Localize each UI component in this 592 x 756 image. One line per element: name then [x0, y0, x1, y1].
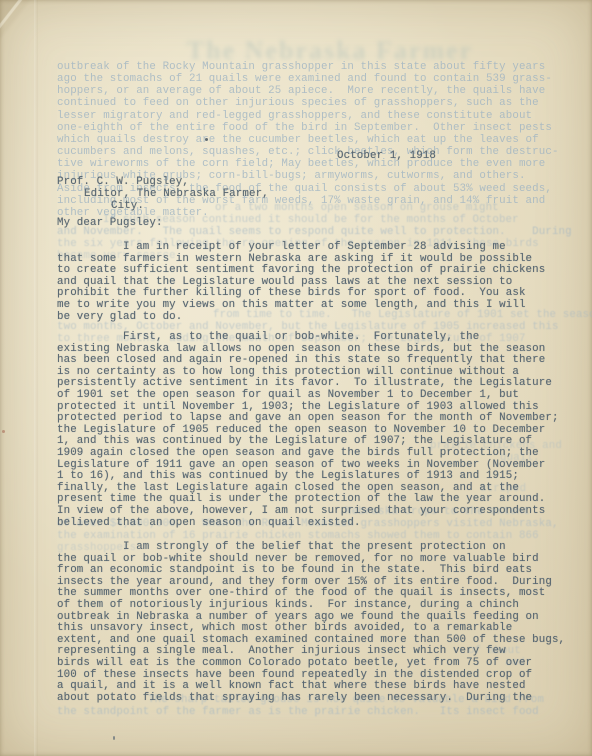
paper-crease-left [34, 0, 38, 756]
ghost-line: hoppers, or an average of about 25 apiec… [57, 85, 559, 97]
ghost-line: outbreak of the Rocky Mountain grasshopp… [57, 61, 559, 73]
ink-speck [205, 138, 208, 141]
ghost-line: tive wireworms of the corn field; May be… [57, 158, 559, 170]
paragraph-3: I am strongly of the belief that the pre… [57, 542, 565, 704]
address-line: Editor, The Nebraska Farmer, [57, 188, 269, 200]
typed-line: of them of notoriously injurious kinds. … [57, 600, 565, 612]
letter-page: The Nebraska Farmer outbreak of the Rock… [0, 0, 592, 756]
paper-fleck [2, 430, 5, 433]
ghost-line: one-eighth of the entire food of the bir… [57, 122, 559, 134]
typed-line: 1 to 16), and this was continued by the … [57, 471, 559, 483]
ghost-letterhead: The Nebraska Farmer [128, 36, 532, 66]
paragraph-2: First, as to the quail or bob-white. For… [57, 332, 559, 529]
ghost-line: cucumbers and melons, squashes, etc.; cl… [57, 146, 559, 158]
typed-line: this unsavory insect, which most other b… [57, 623, 565, 635]
letter-date: October 1, 1918 [337, 151, 436, 163]
typed-line: protected period to lapse and gave an op… [57, 413, 559, 425]
ghost-line: ago the stomachs of 21 quails were exami… [57, 73, 559, 85]
ghost-line: If such season continued it should be fo… [103, 214, 519, 226]
typed-line: about potato fields that spraying has ra… [57, 693, 565, 705]
paper-crease-top-left [0, 0, 120, 130]
paragraph-1: I am in receipt of your letter of Septem… [57, 242, 545, 323]
recipient-address: Prof. C. W. Pugsley,Editor, The Nebraska… [57, 176, 269, 212]
salutation: My dear Pugsley: [57, 218, 163, 230]
typed-line: I am strongly of the belief that the pre… [57, 542, 565, 554]
typed-line: of 1901 set the open season for quail as… [57, 390, 559, 402]
address-line: Prof. C. W. Pugsley, [57, 176, 269, 188]
typed-line: me to write you my views on this matter … [57, 300, 545, 312]
typed-line: 1909 again closed the open season and ga… [57, 448, 559, 460]
ink-speck [113, 736, 115, 740]
typed-line: I am in receipt of your letter of Septem… [57, 242, 545, 254]
ghost-line: lesser migratory and red-legged grasshop… [57, 110, 559, 122]
ghost-line: which quails destroy are the cucumber be… [57, 134, 559, 146]
typed-line: birds will eat is the common Colorado po… [57, 658, 565, 670]
ghost-line: continued to feed on other injurious spe… [57, 97, 559, 109]
typed-line: be very glad to do. [57, 312, 545, 324]
typed-line: First, as to the quail or bob-white. For… [57, 332, 559, 344]
typed-line: In view of the above, however, I am not … [57, 506, 559, 518]
address-line: City. [57, 200, 269, 212]
typed-line: believed that an open season on quail ex… [57, 518, 559, 530]
ghost-line: the standpoint of the farmer as is the p… [57, 706, 539, 718]
typed-line: a quail, and it is a well known fact tha… [57, 681, 565, 693]
